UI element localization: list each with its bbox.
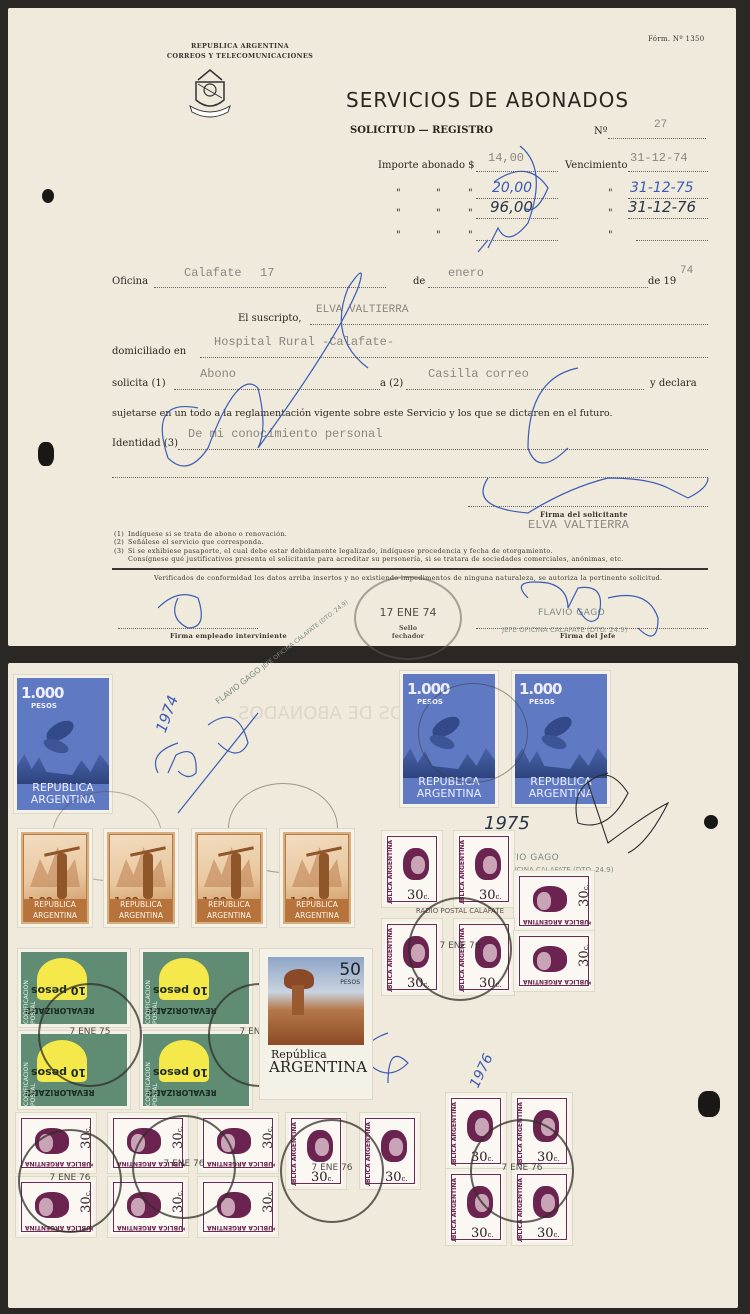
punch-hole xyxy=(42,189,54,203)
stamp-belgrano-30c: REPUBLICA ARGENTINA 30c. xyxy=(514,871,594,931)
postmark-calafate: 7 ENE 76 xyxy=(470,1119,574,1223)
stamp-belgrano-30c: REPUBLICA ARGENTINA 30c. xyxy=(382,831,442,907)
stamp-ski-jumper-1peso: 1,00REPUBLICA ARGENTINA xyxy=(104,829,178,927)
stamp-ski-jumper-1peso: 1,00REPUBLICA ARGENTINA xyxy=(18,829,92,927)
signature-scribbles xyxy=(8,8,736,646)
postmark-calafate: 7 ENE 75 xyxy=(38,983,142,1087)
postmark-calafate: 7 ENE 76 xyxy=(132,1115,236,1219)
postmark-calafate: 7 ENE 76 xyxy=(280,1119,384,1223)
stamp-belgrano-30c: REPUBLICA ARGENTINA 30c. xyxy=(454,831,514,907)
application-form-back: SERVICIOS DE ABONADOS 1.000PESOS REPUBLI… xyxy=(8,663,738,1308)
application-form-front: REPUBLICA ARGENTINA CORREOS Y TELECOMUNI… xyxy=(8,8,736,646)
postmark-calafate: 7 ENE 76 xyxy=(18,1129,122,1233)
punch-hole xyxy=(704,815,718,829)
stamp-ischigualasto-50pesos: 50PESOS RepúblicaARGENTINA xyxy=(260,949,372,1099)
stamp-ski-jumper-1peso: 1,00REPUBLICA ARGENTINA xyxy=(280,829,354,927)
punch-hole xyxy=(698,1091,720,1117)
stamp-ski-jumper-1peso: 1,00REPUBLICA ARGENTINA xyxy=(192,829,266,927)
postmark-calafate: RADIO POSTAL CALAFATE7 ENE 76 xyxy=(408,897,512,1001)
stamp-belgrano-30c: REPUBLICA ARGENTINA 30c. xyxy=(514,931,594,991)
punch-hole xyxy=(38,442,54,466)
